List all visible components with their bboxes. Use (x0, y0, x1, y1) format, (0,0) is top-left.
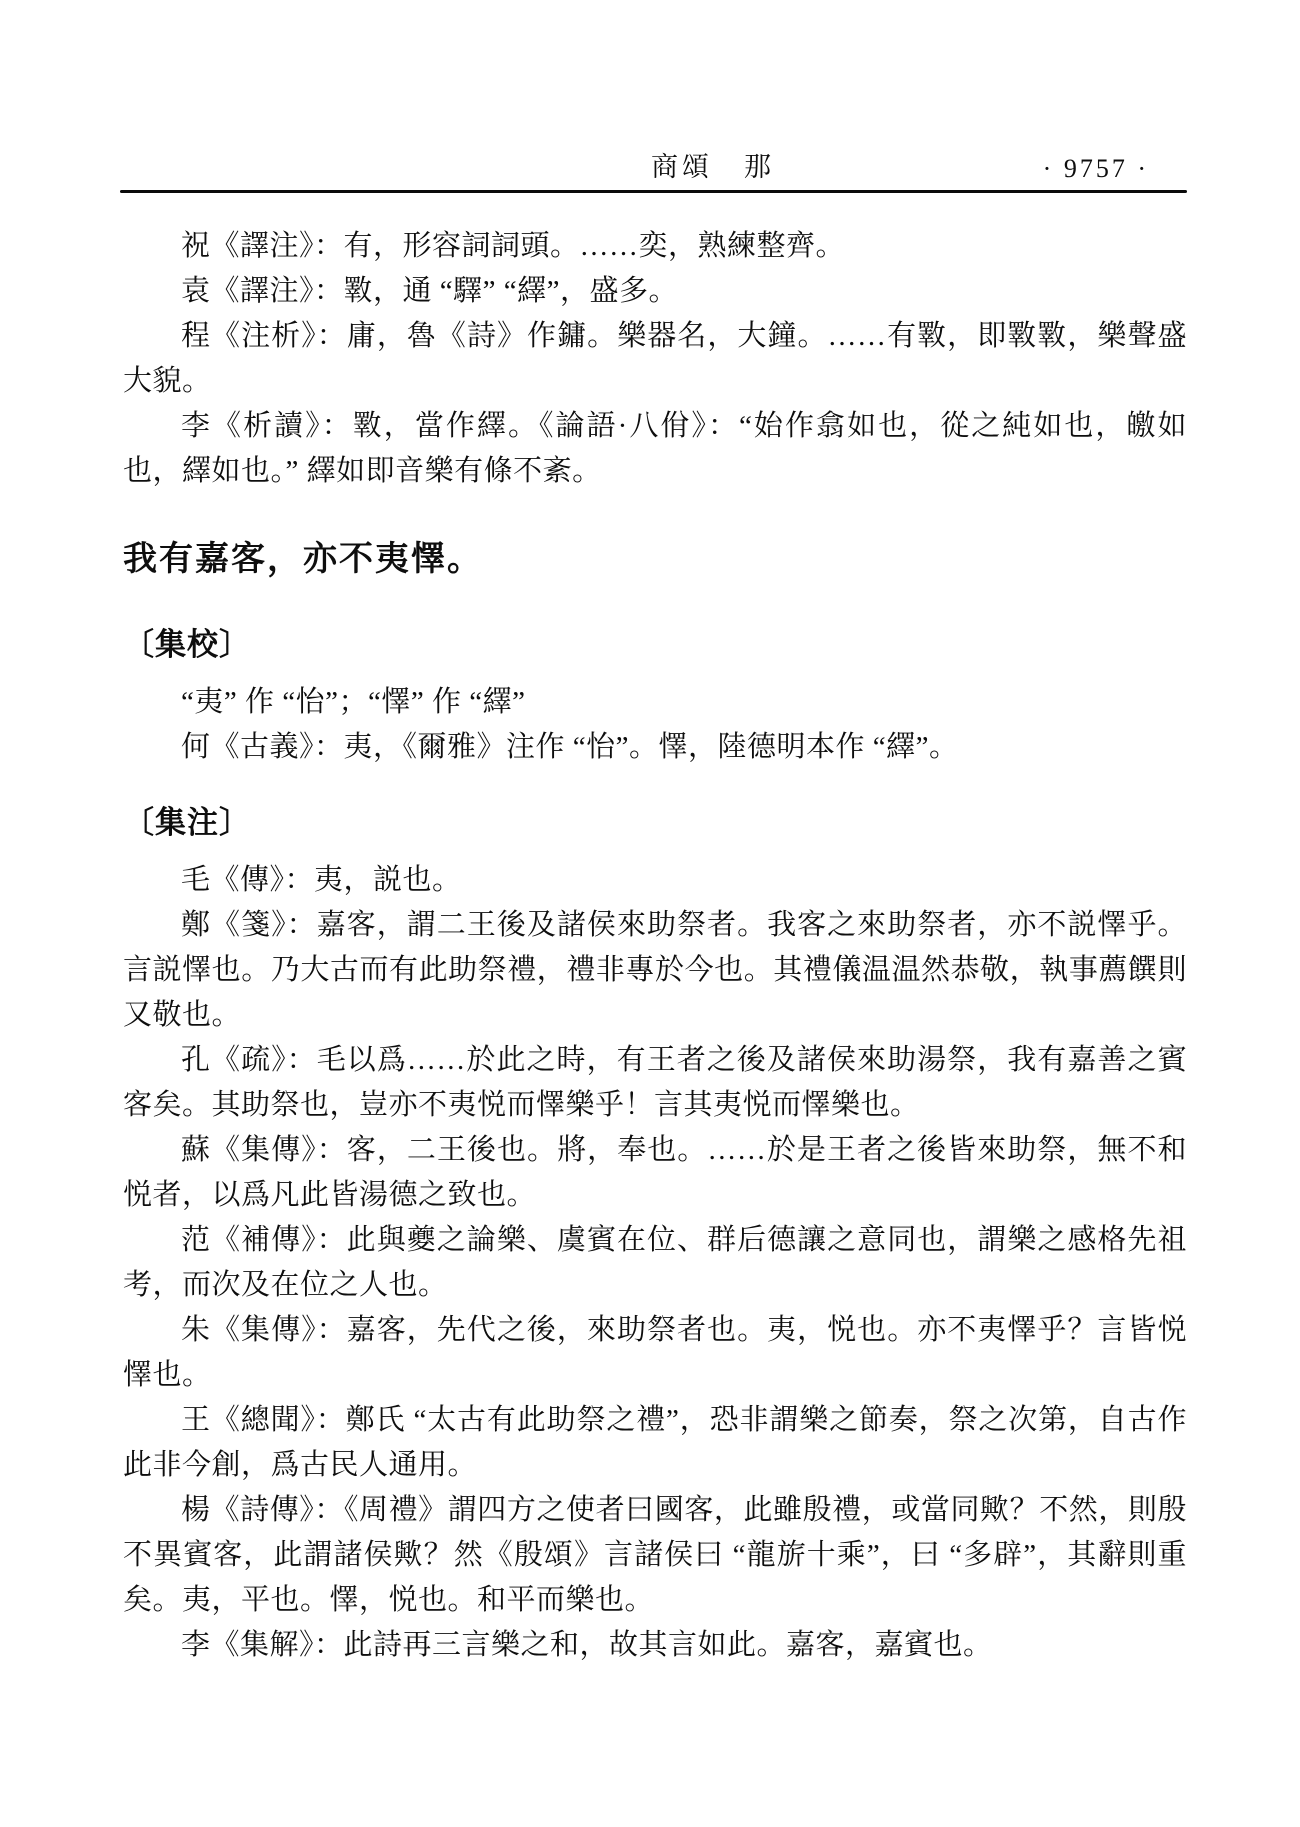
commentary-paragraph: 祝《譯注》：有，形容詞詞頭。……奕，熟練整齊。 (123, 224, 1187, 269)
commentary-paragraph: 王《總聞》：鄭氏 “太古有此助祭之禮”，恐非謂樂之節奏，祭之次第，自古作此非今創… (123, 1398, 1187, 1488)
page-number: · 9757 · (1043, 154, 1149, 184)
commentary-paragraph: “夷” 作 “怡”；“懌” 作 “繹” (123, 680, 1187, 725)
header-rule (120, 190, 1187, 193)
chapter-title: 商頌 那 (651, 152, 775, 182)
commentary-content: 祝《譯注》：有，形容詞詞頭。……奕，熟練整齊。袁《譯注》：斁，通 “驛” “繹”… (123, 224, 1187, 1668)
verse-heading: 我有嘉客，亦不夷懌。 (123, 536, 1187, 584)
page-header: 商頌 那 · 9757 · (123, 152, 1187, 186)
section-heading: 〔集校〕 (123, 622, 1187, 668)
commentary-paragraph: 李《析讀》：斁，當作繹。《論語·八佾》：“始作翕如也，從之純如也，皦如也，繹如也… (123, 404, 1187, 494)
commentary-paragraph: 朱《集傳》：嘉客，先代之後，來助祭者也。夷，悦也。亦不夷懌乎？言皆悦懌也。 (123, 1308, 1187, 1398)
commentary-paragraph: 何《古義》：夷，《爾雅》注作 “怡”。懌，陸德明本作 “繹”。 (123, 725, 1187, 770)
book-page: 商頌 那 · 9757 · 祝《譯注》：有，形容詞詞頭。……奕，熟練整齊。袁《譯… (0, 0, 1300, 1827)
commentary-paragraph: 楊《詩傳》：《周禮》謂四方之使者曰國客，此雖殷禮，或當同歟？不然，則殷不異賓客，… (123, 1488, 1187, 1623)
commentary-paragraph: 蘇《集傳》：客，二王後也。將，奉也。……於是王者之後皆來助祭，無不和悦者，以爲凡… (123, 1128, 1187, 1218)
commentary-paragraph: 孔《疏》：毛以爲……於此之時，有王者之後及諸侯來助湯祭，我有嘉善之賓客矣。其助祭… (123, 1038, 1187, 1128)
commentary-paragraph: 鄭《箋》：嘉客，謂二王後及諸侯來助祭者。我客之來助祭者，亦不説懌乎。言説懌也。乃… (123, 903, 1187, 1038)
commentary-paragraph: 范《補傳》：此與夔之論樂、虞賓在位、群后德讓之意同也，謂樂之感格先祖考，而次及在… (123, 1218, 1187, 1308)
commentary-paragraph: 程《注析》：庸，魯《詩》作鏞。樂器名，大鐘。……有斁，即斁斁，樂聲盛大貌。 (123, 314, 1187, 404)
section-heading: 〔集注〕 (123, 800, 1187, 846)
commentary-paragraph: 袁《譯注》：斁，通 “驛” “繹”，盛多。 (123, 269, 1187, 314)
commentary-paragraph: 毛《傳》：夷，説也。 (123, 858, 1187, 903)
commentary-paragraph: 李《集解》：此詩再三言樂之和，故其言如此。嘉客，嘉賓也。 (123, 1623, 1187, 1668)
